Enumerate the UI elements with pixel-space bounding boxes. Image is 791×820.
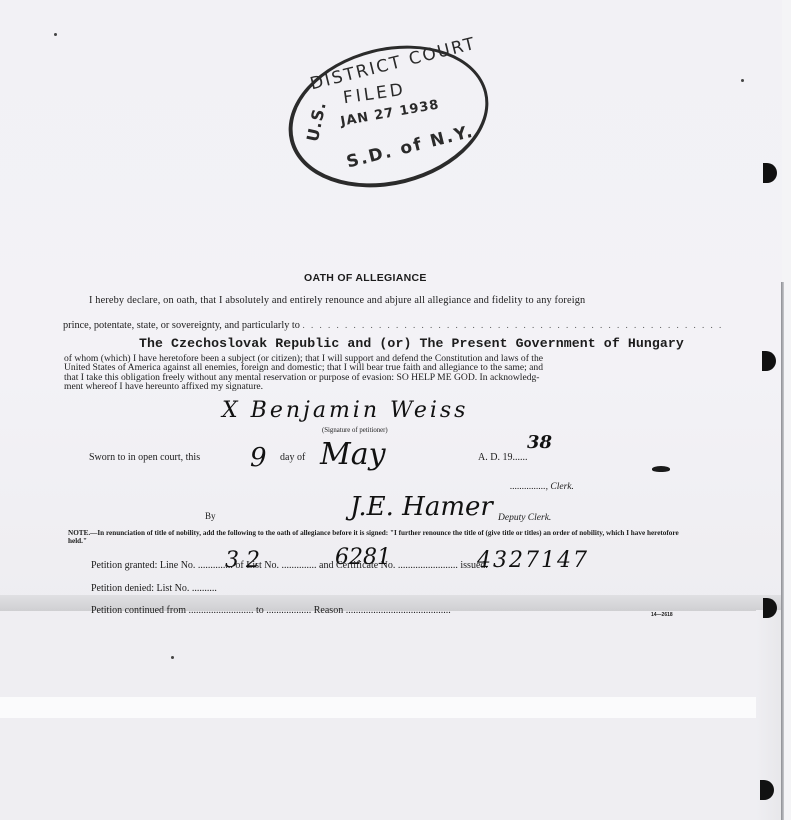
sworn-day-value: 9 xyxy=(250,443,267,473)
signature-label: (Signature of petitioner) xyxy=(322,427,388,434)
petition-list-number: 6281 xyxy=(335,545,391,570)
declaration-line-1: I hereby declare, on oath, that I absolu… xyxy=(89,295,585,306)
document-title: OATH OF ALLEGIANCE xyxy=(304,272,427,284)
petitioner-signature: X Benjamin Weiss xyxy=(222,398,468,423)
petition-denied-line: Petition denied: List No. .......... xyxy=(91,583,217,594)
scan-gap-band xyxy=(0,697,758,718)
typed-country-field: The Czechoslovak Republic and (or) The P… xyxy=(139,336,684,351)
oath-body-paragraph: of whom (which) I have heretofore been a… xyxy=(64,354,690,391)
ink-blot xyxy=(652,466,670,472)
day-of-label: day of xyxy=(280,452,305,463)
clerk-label: ..............., Clerk. xyxy=(510,482,574,492)
dust-speck xyxy=(171,656,174,659)
nobility-note: NOTE.—In renunciation of title of nobili… xyxy=(68,530,688,545)
page-edge-line xyxy=(781,282,784,820)
by-label: By xyxy=(205,511,216,521)
dust-speck xyxy=(741,79,744,82)
petition-continued-line: Petition continued from ................… xyxy=(91,605,451,616)
certificate-number: 4327147 xyxy=(477,548,589,573)
anno-domini-label: A. D. 19...... xyxy=(478,452,527,463)
sworn-year-value: 38 xyxy=(527,432,552,453)
dust-speck xyxy=(54,33,57,36)
sworn-label: Sworn to in open court, this xyxy=(89,452,200,463)
declaration-line-2: prince, potentate, state, or sovereignty… xyxy=(63,320,723,331)
declaration-line-2-text: prince, potentate, state, or sovereignty… xyxy=(63,320,300,331)
deputy-clerk-label: Deputy Clerk. xyxy=(498,513,551,523)
oath-body-line: ment whereof I have hereunto affixed my … xyxy=(64,382,690,391)
sworn-month-value: May xyxy=(320,437,386,472)
petition-line-number: 3 2 xyxy=(225,548,260,573)
petition-granted-line: Petition granted: Line No. .............… xyxy=(91,560,488,571)
leader-dots: . . . . . . . . . . . . . . . . . . . . … xyxy=(303,320,724,330)
deputy-clerk-signature: J.E. Hamer xyxy=(350,492,493,522)
form-number: 14—2618 xyxy=(651,612,673,618)
